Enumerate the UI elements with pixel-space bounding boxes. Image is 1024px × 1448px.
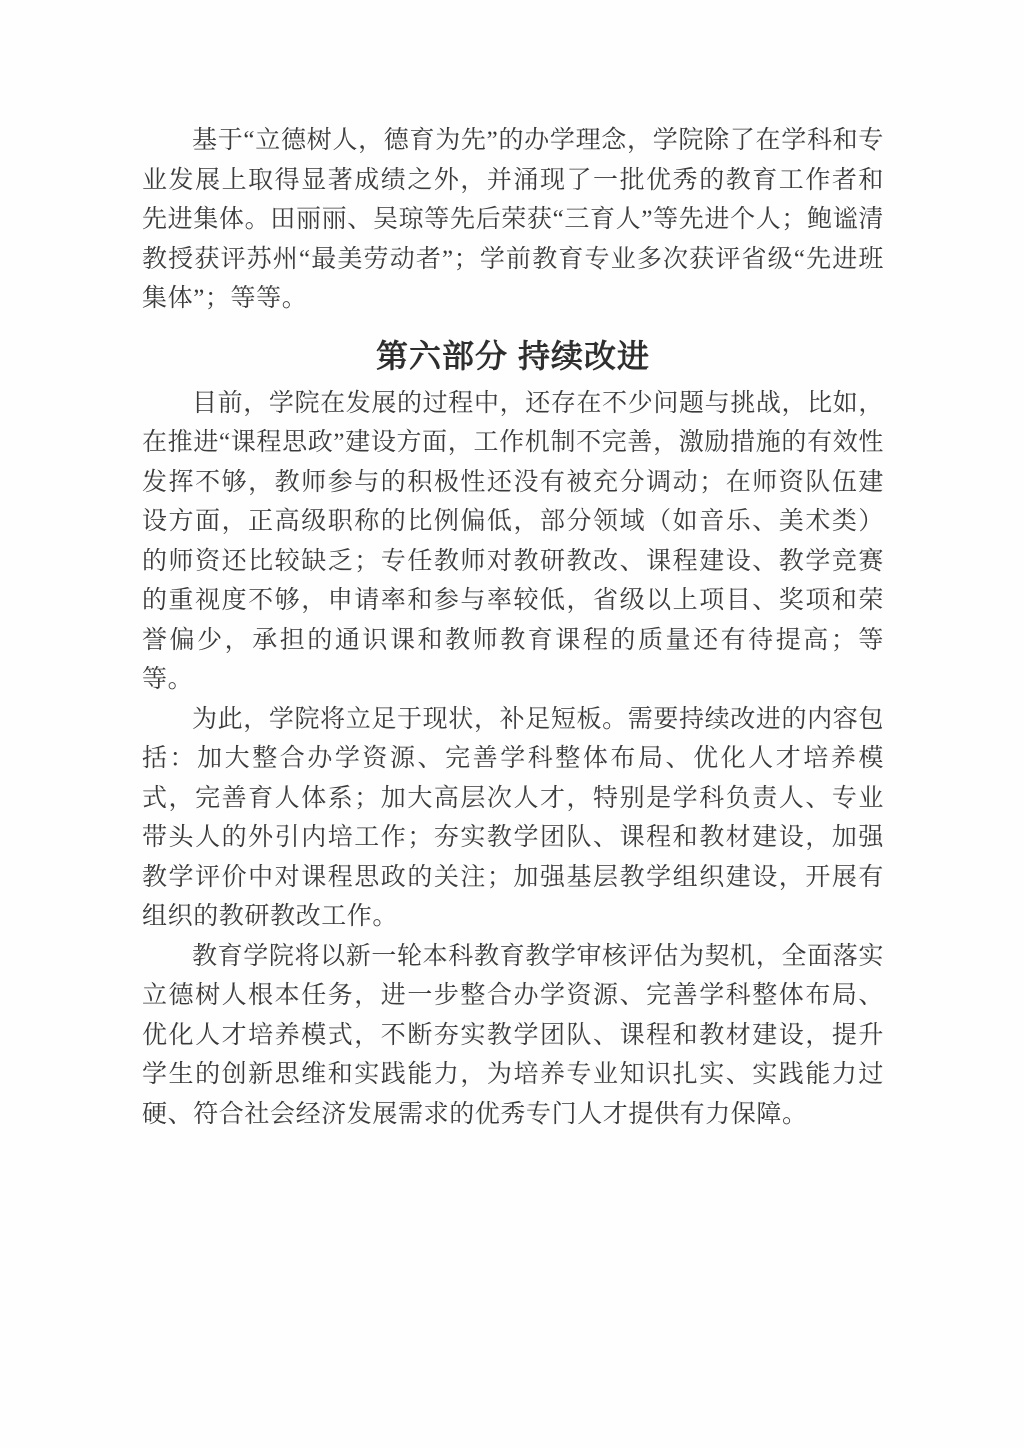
paragraph-future-outlook: 教育学院将以新一轮本科教育教学审核评估为契机，全面落实立德树人根本任务，进一步整…: [142, 937, 884, 1135]
document-body: 基于“立德树人，德育为先”的办学理念，学院除了在学科和专业发展上取得显著成绩之外…: [142, 121, 884, 1134]
section-heading-part-six: 第六部分 持续改进: [142, 334, 884, 378]
paragraph-problems-challenges: 目前，学院在发展的过程中，还存在不少问题与挑战，比如，在推进“课程思政”建设方面…: [142, 384, 884, 700]
paragraph-achievements: 基于“立德树人，德育为先”的办学理念，学院除了在学科和专业发展上取得显著成绩之外…: [142, 121, 884, 319]
document-page: 基于“立德树人，德育为先”的办学理念，学院除了在学科和专业发展上取得显著成绩之外…: [0, 0, 1024, 1448]
paragraph-improvement-plan: 为此，学院将立足于现状，补足短板。需要持续改进的内容包括：加大整合办学资源、完善…: [142, 700, 884, 937]
